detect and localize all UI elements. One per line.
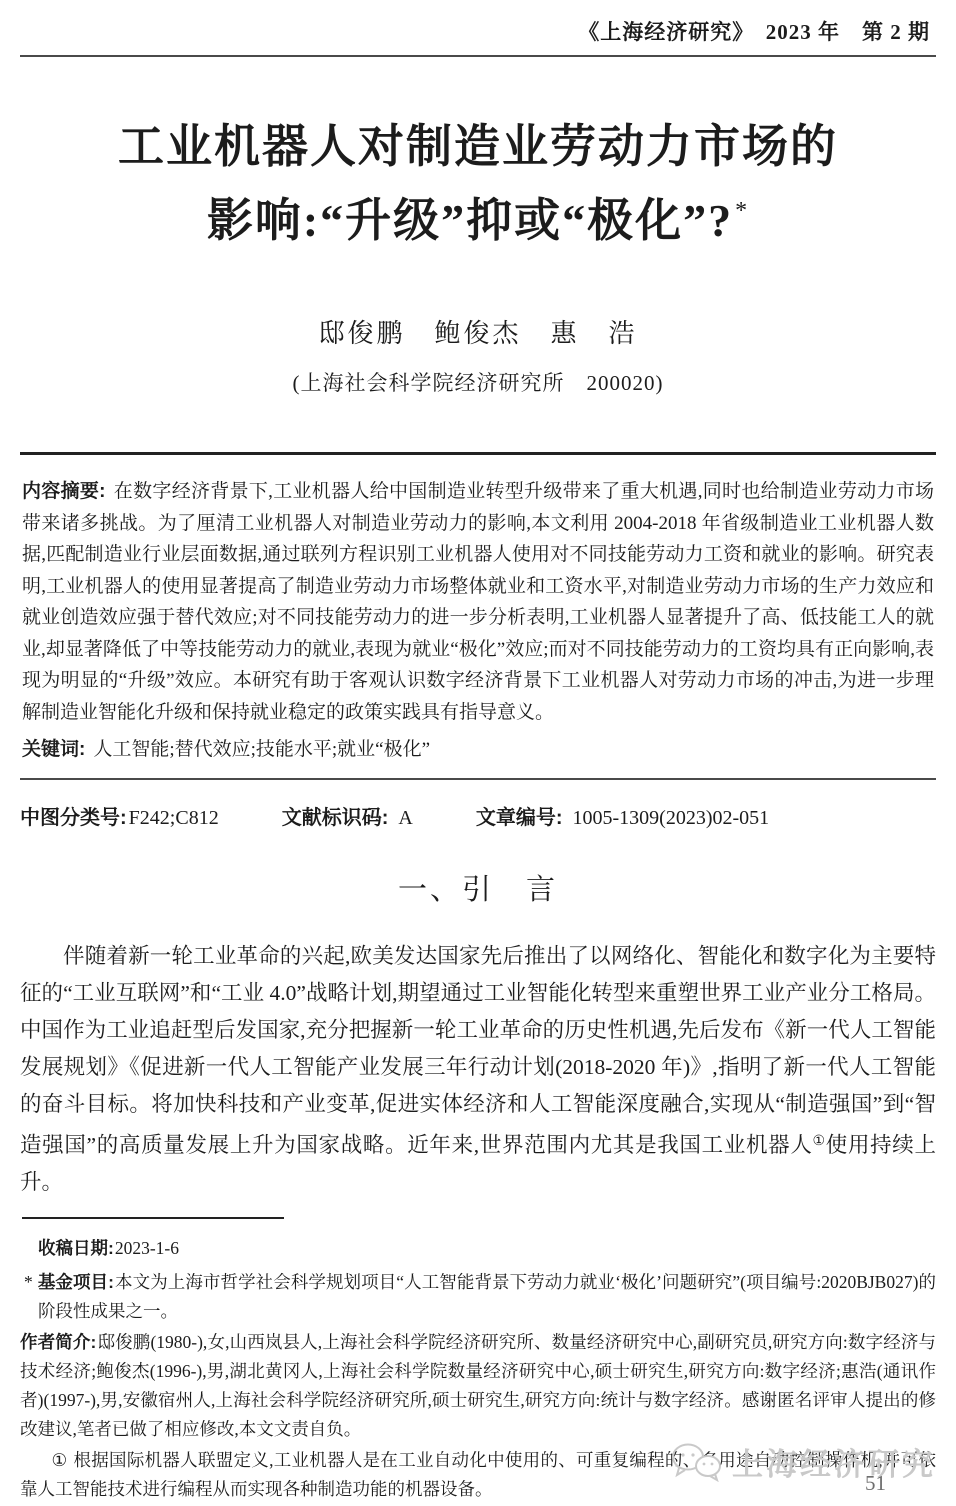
document-code: 文献标识码:A	[282, 801, 413, 830]
affiliation: (上海社会科学院经济研究所 200020)	[20, 367, 936, 397]
section-heading-introduction: 一、引 言	[20, 867, 936, 908]
article-title-line2: 影响:“升级”抑或“极化”?	[207, 195, 733, 246]
keywords-text: 人工智能;替代效应;技能水平;就业“极化”	[93, 739, 430, 760]
fund-project-note: *基金项目:本文为上海市哲学社会科学规划项目“人工智能背景下劳动力就业‘极化’问…	[20, 1268, 936, 1326]
fund-asterisk-marker: *	[24, 1272, 33, 1292]
doc-code-label: 文献标识码:	[282, 807, 389, 829]
definition-footnote-text: 根据国际机器人联盟定义,工业机器人是在工业自动化中使用的、可重复编程的、多用途自…	[20, 1450, 936, 1499]
keywords-label: 关键词:	[22, 739, 85, 760]
article-id-label: 文章编号:	[476, 807, 563, 829]
clc-label: 中图分类号:	[20, 807, 127, 829]
fund-project-text: 本文为上海市哲学社会科学规划项目“人工智能背景下劳动力就业‘极化’问题研究”(项…	[38, 1272, 936, 1321]
title-footnote-marker: *	[735, 198, 749, 224]
article-id-value: 1005-1309(2023)02-051	[573, 807, 770, 829]
footnote-area: 收稿日期:2023-1-6 *基金项目:本文为上海市哲学社会科学规划项目“人工智…	[20, 1217, 936, 1504]
abstract-paragraph: 内容摘要:在数字经济背景下,工业机器人给中国制造业转型升级带来了重大机遇,同时也…	[22, 476, 934, 728]
meta-line: 中图分类号:F242;C812 文献标识码:A 文章编号:1005-1309(2…	[20, 801, 936, 830]
introduction-paragraph: 伴随着新一轮工业革命的兴起,欧美发达国家先后推出了以网络化、智能化和数字化为主要…	[20, 938, 936, 1201]
clc-number: 中图分类号:F242;C812	[20, 801, 219, 830]
author-bio-note: 作者简介:邸俊鹏(1980-),女,山西岚县人,上海社会科学院经济研究所、数量经…	[20, 1328, 936, 1444]
circled-one-marker: ①	[52, 1450, 68, 1470]
footnote-separator-rule	[22, 1217, 284, 1219]
received-date-note: 收稿日期:2023-1-6	[20, 1234, 936, 1263]
journal-page: 《上海经济研究》 2023 年 第 2 期 工业机器人对制造业劳动力市场的 影响…	[0, 0, 956, 1506]
intro-text: 伴随着新一轮工业革命的兴起,欧美发达国家先后推出了以网络化、智能化和数字化为主要…	[20, 944, 936, 1157]
page-number: 51	[865, 1471, 886, 1496]
abstract-text: 在数字经济背景下,工业机器人给中国制造业转型升级带来了重大机遇,同时也给制造业劳…	[22, 481, 934, 723]
article-title-line1: 工业机器人对制造业劳动力市场的	[118, 121, 838, 172]
journal-header: 《上海经济研究》 2023 年 第 2 期	[20, 0, 936, 57]
article-id: 文章编号:1005-1309(2023)02-051	[476, 801, 769, 830]
author-bio-text: 邸俊鹏(1980-),女,山西岚县人,上海社会科学院经济研究所、数量经济研究中心…	[20, 1332, 936, 1439]
fund-project-label: 基金项目:	[38, 1272, 114, 1292]
author-bio-label: 作者简介:	[20, 1332, 96, 1352]
keywords-line: 关键词:人工智能;替代效应;技能水平;就业“极化”	[22, 735, 934, 765]
doc-code-value: A	[398, 807, 412, 829]
journal-issue-text: 《上海经济研究》 2023 年 第 2 期	[578, 20, 930, 44]
received-date-label: 收稿日期:	[38, 1238, 114, 1258]
article-title: 工业机器人对制造业劳动力市场的 影响:“升级”抑或“极化”?*	[20, 115, 936, 253]
authors: 邸俊鹏 鲍俊杰 惠 浩	[20, 313, 936, 350]
received-date-value: 2023-1-6	[115, 1238, 179, 1258]
abstract-block: 内容摘要:在数字经济背景下,工业机器人给中国制造业转型升级带来了重大机遇,同时也…	[20, 452, 936, 780]
definition-footnote: ①根据国际机器人联盟定义,工业机器人是在工业自动化中使用的、可重复编程的、多用途…	[20, 1446, 936, 1504]
clc-value: F242;C812	[129, 807, 219, 829]
intro-footnote-marker: ①	[813, 1134, 826, 1149]
abstract-label: 内容摘要:	[22, 481, 106, 502]
